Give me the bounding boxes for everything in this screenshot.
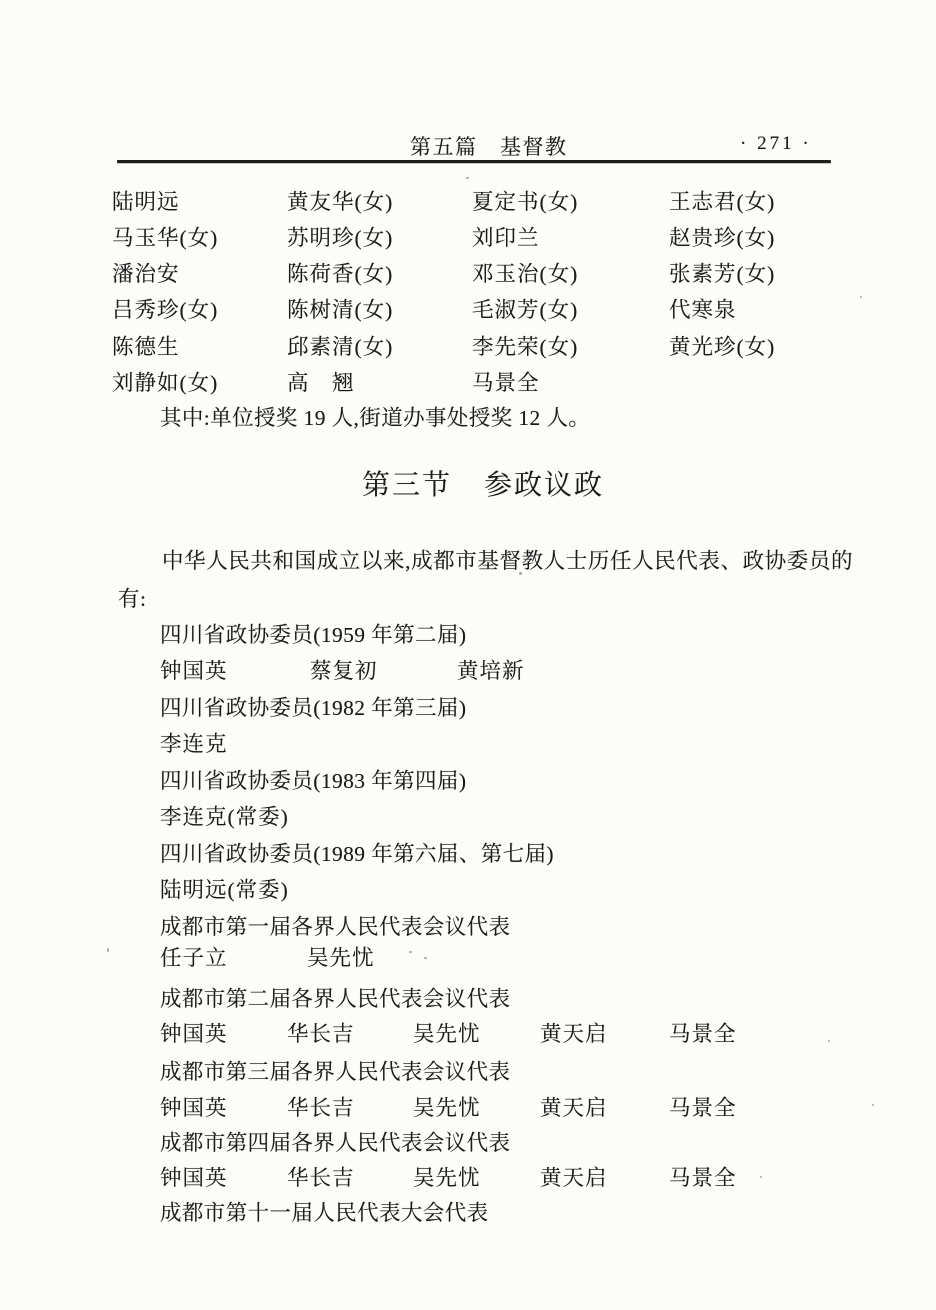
entry-names-row: 李连克: [0, 727, 936, 753]
scan-speckle: [424, 957, 427, 959]
award-name: 赵贵珍(女): [669, 221, 775, 252]
entry-names-row: 钟国英 蔡复初 黄培新: [0, 654, 936, 680]
entry-name: 黄天启: [540, 1161, 608, 1192]
award-name: 马景全: [472, 366, 540, 397]
award-name: 邓玉治(女): [472, 257, 578, 288]
entry-name: 任子立: [160, 941, 228, 972]
award-row: 马玉华(女) 苏明珍(女) 刘印兰 赵贵珍(女): [0, 221, 936, 247]
scan-speckle: [466, 177, 469, 179]
running-header-chapter-title: 第五篇 基督教: [410, 131, 568, 161]
entry-name: 吴先忧: [413, 1091, 481, 1122]
entry-names-row: 钟国英 华长吉 吴先忧 黄天启 马景全: [0, 1091, 936, 1117]
entry-name: 黄天启: [540, 1017, 608, 1048]
award-name: 陈树清(女): [287, 293, 393, 324]
award-name: 马玉华(女): [112, 221, 218, 252]
intro-paragraph-line2: 有:: [118, 582, 146, 613]
entry-title: 成都市第一届各界人民代表会议代表: [160, 910, 510, 941]
entry-names-row: 李连克(常委): [0, 800, 936, 826]
entry-name: 马景全: [669, 1161, 737, 1192]
intro-paragraph-line1: 中华人民共和国成立以来,成都市基督教人士历任人民代表、政协委员的: [162, 544, 853, 575]
entry-name: 黄天启: [540, 1091, 608, 1122]
award-name: 黄友华(女): [287, 185, 393, 216]
award-name: 张素芳(女): [669, 257, 775, 288]
entry-name: 吴先忧: [413, 1017, 481, 1048]
award-name: 潘治安: [112, 257, 180, 288]
entry-name: 钟国英: [160, 1017, 228, 1048]
award-name: 刘印兰: [472, 221, 540, 252]
entry-title: 四川省政协委员(1989 年第六届、第七届): [160, 837, 554, 868]
section-heading: 第三节参政议政: [362, 463, 604, 503]
award-name: 邱素清(女): [287, 330, 393, 361]
entry-title: 四川省政协委员(1982 年第三届): [160, 691, 466, 722]
entry-title: 四川省政协委员(1983 年第四届): [160, 764, 466, 795]
entry-name: 华长吉: [287, 1091, 355, 1122]
page-number: · 271 ·: [740, 133, 812, 155]
scan-speckle: [760, 1176, 762, 1178]
scan-speckle: [872, 1104, 874, 1106]
entry-names-row: 陆明远(常委): [0, 873, 936, 899]
award-row: 刘静如(女) 高 翘 马景全: [0, 366, 936, 392]
scan-speckle: [519, 572, 522, 575]
entry-title: 成都市第三届各界人民代表会议代表: [160, 1055, 510, 1086]
award-name: 苏明珍(女): [287, 221, 393, 252]
entry-name: 吴先忧: [307, 941, 375, 972]
scan-speckle: [828, 1040, 830, 1042]
award-row: 潘治安 陈荷香(女) 邓玉治(女) 张素芳(女): [0, 257, 936, 283]
entry-title: 成都市第二届各界人民代表会议代表: [160, 982, 510, 1013]
award-name: 高 翘: [287, 366, 355, 397]
scan-speckle: [107, 948, 109, 952]
entry-name: 陆明远(常委): [160, 873, 289, 904]
award-row: 陈德生 邱素清(女) 李先荣(女) 黄光珍(女): [0, 330, 936, 356]
award-name: 夏定书(女): [472, 185, 578, 216]
entry-name: 华长吉: [287, 1161, 355, 1192]
entry-names-row: 钟国英 华长吉 吴先忧 黄天启 马景全: [0, 1161, 936, 1187]
entry-name: 李连克: [160, 727, 228, 758]
entry-title: 成都市第十一届人民代表大会代表: [160, 1196, 489, 1227]
award-name: 陈德生: [112, 330, 180, 361]
section-heading-label: 第三节: [362, 470, 452, 501]
entry-title: 四川省政协委员(1959 年第二届): [160, 618, 466, 649]
scan-speckle: [409, 951, 412, 953]
entry-name: 马景全: [669, 1017, 737, 1048]
entry-name: 马景全: [669, 1091, 737, 1122]
entry-name: 李连克(常委): [160, 800, 289, 831]
award-name: 代寒泉: [669, 293, 737, 324]
scanned-book-page: 第五篇 基督教 · 271 · 陆明远 黄友华(女) 夏定书(女) 王志君(女)…: [0, 0, 936, 1310]
entry-name: 钟国英: [160, 1161, 228, 1192]
award-name: 毛淑芳(女): [472, 293, 578, 324]
award-name: 黄光珍(女): [669, 330, 775, 361]
award-name: 李先荣(女): [472, 330, 578, 361]
header-rule: [117, 160, 831, 163]
award-name: 刘静如(女): [112, 366, 218, 397]
award-name: 王志君(女): [669, 185, 775, 216]
entry-title: 成都市第四届各界人民代表会议代表: [160, 1126, 510, 1157]
entry-name: 吴先忧: [413, 1161, 481, 1192]
entry-name: 钟国英: [160, 654, 228, 685]
entry-names-row: 钟国英 华长吉 吴先忧 黄天启 马景全: [0, 1017, 936, 1043]
award-row: 陆明远 黄友华(女) 夏定书(女) 王志君(女): [0, 185, 936, 211]
award-row: 吕秀珍(女) 陈树清(女) 毛淑芳(女) 代寒泉: [0, 293, 936, 319]
award-name: 陈荷香(女): [287, 257, 393, 288]
awards-summary: 其中:单位授奖 19 人,街道办事处授奖 12 人。: [160, 401, 590, 432]
entry-name: 黄培新: [457, 654, 525, 685]
entry-names-row: 任子立 吴先忧: [0, 941, 936, 967]
entry-name: 华长吉: [287, 1017, 355, 1048]
entry-name: 蔡复初: [310, 654, 378, 685]
section-heading-title: 参政议政: [484, 470, 604, 501]
scan-speckle: [860, 296, 862, 298]
award-name: 吕秀珍(女): [112, 293, 218, 324]
entry-name: 钟国英: [160, 1091, 228, 1122]
award-name: 陆明远: [112, 185, 180, 216]
